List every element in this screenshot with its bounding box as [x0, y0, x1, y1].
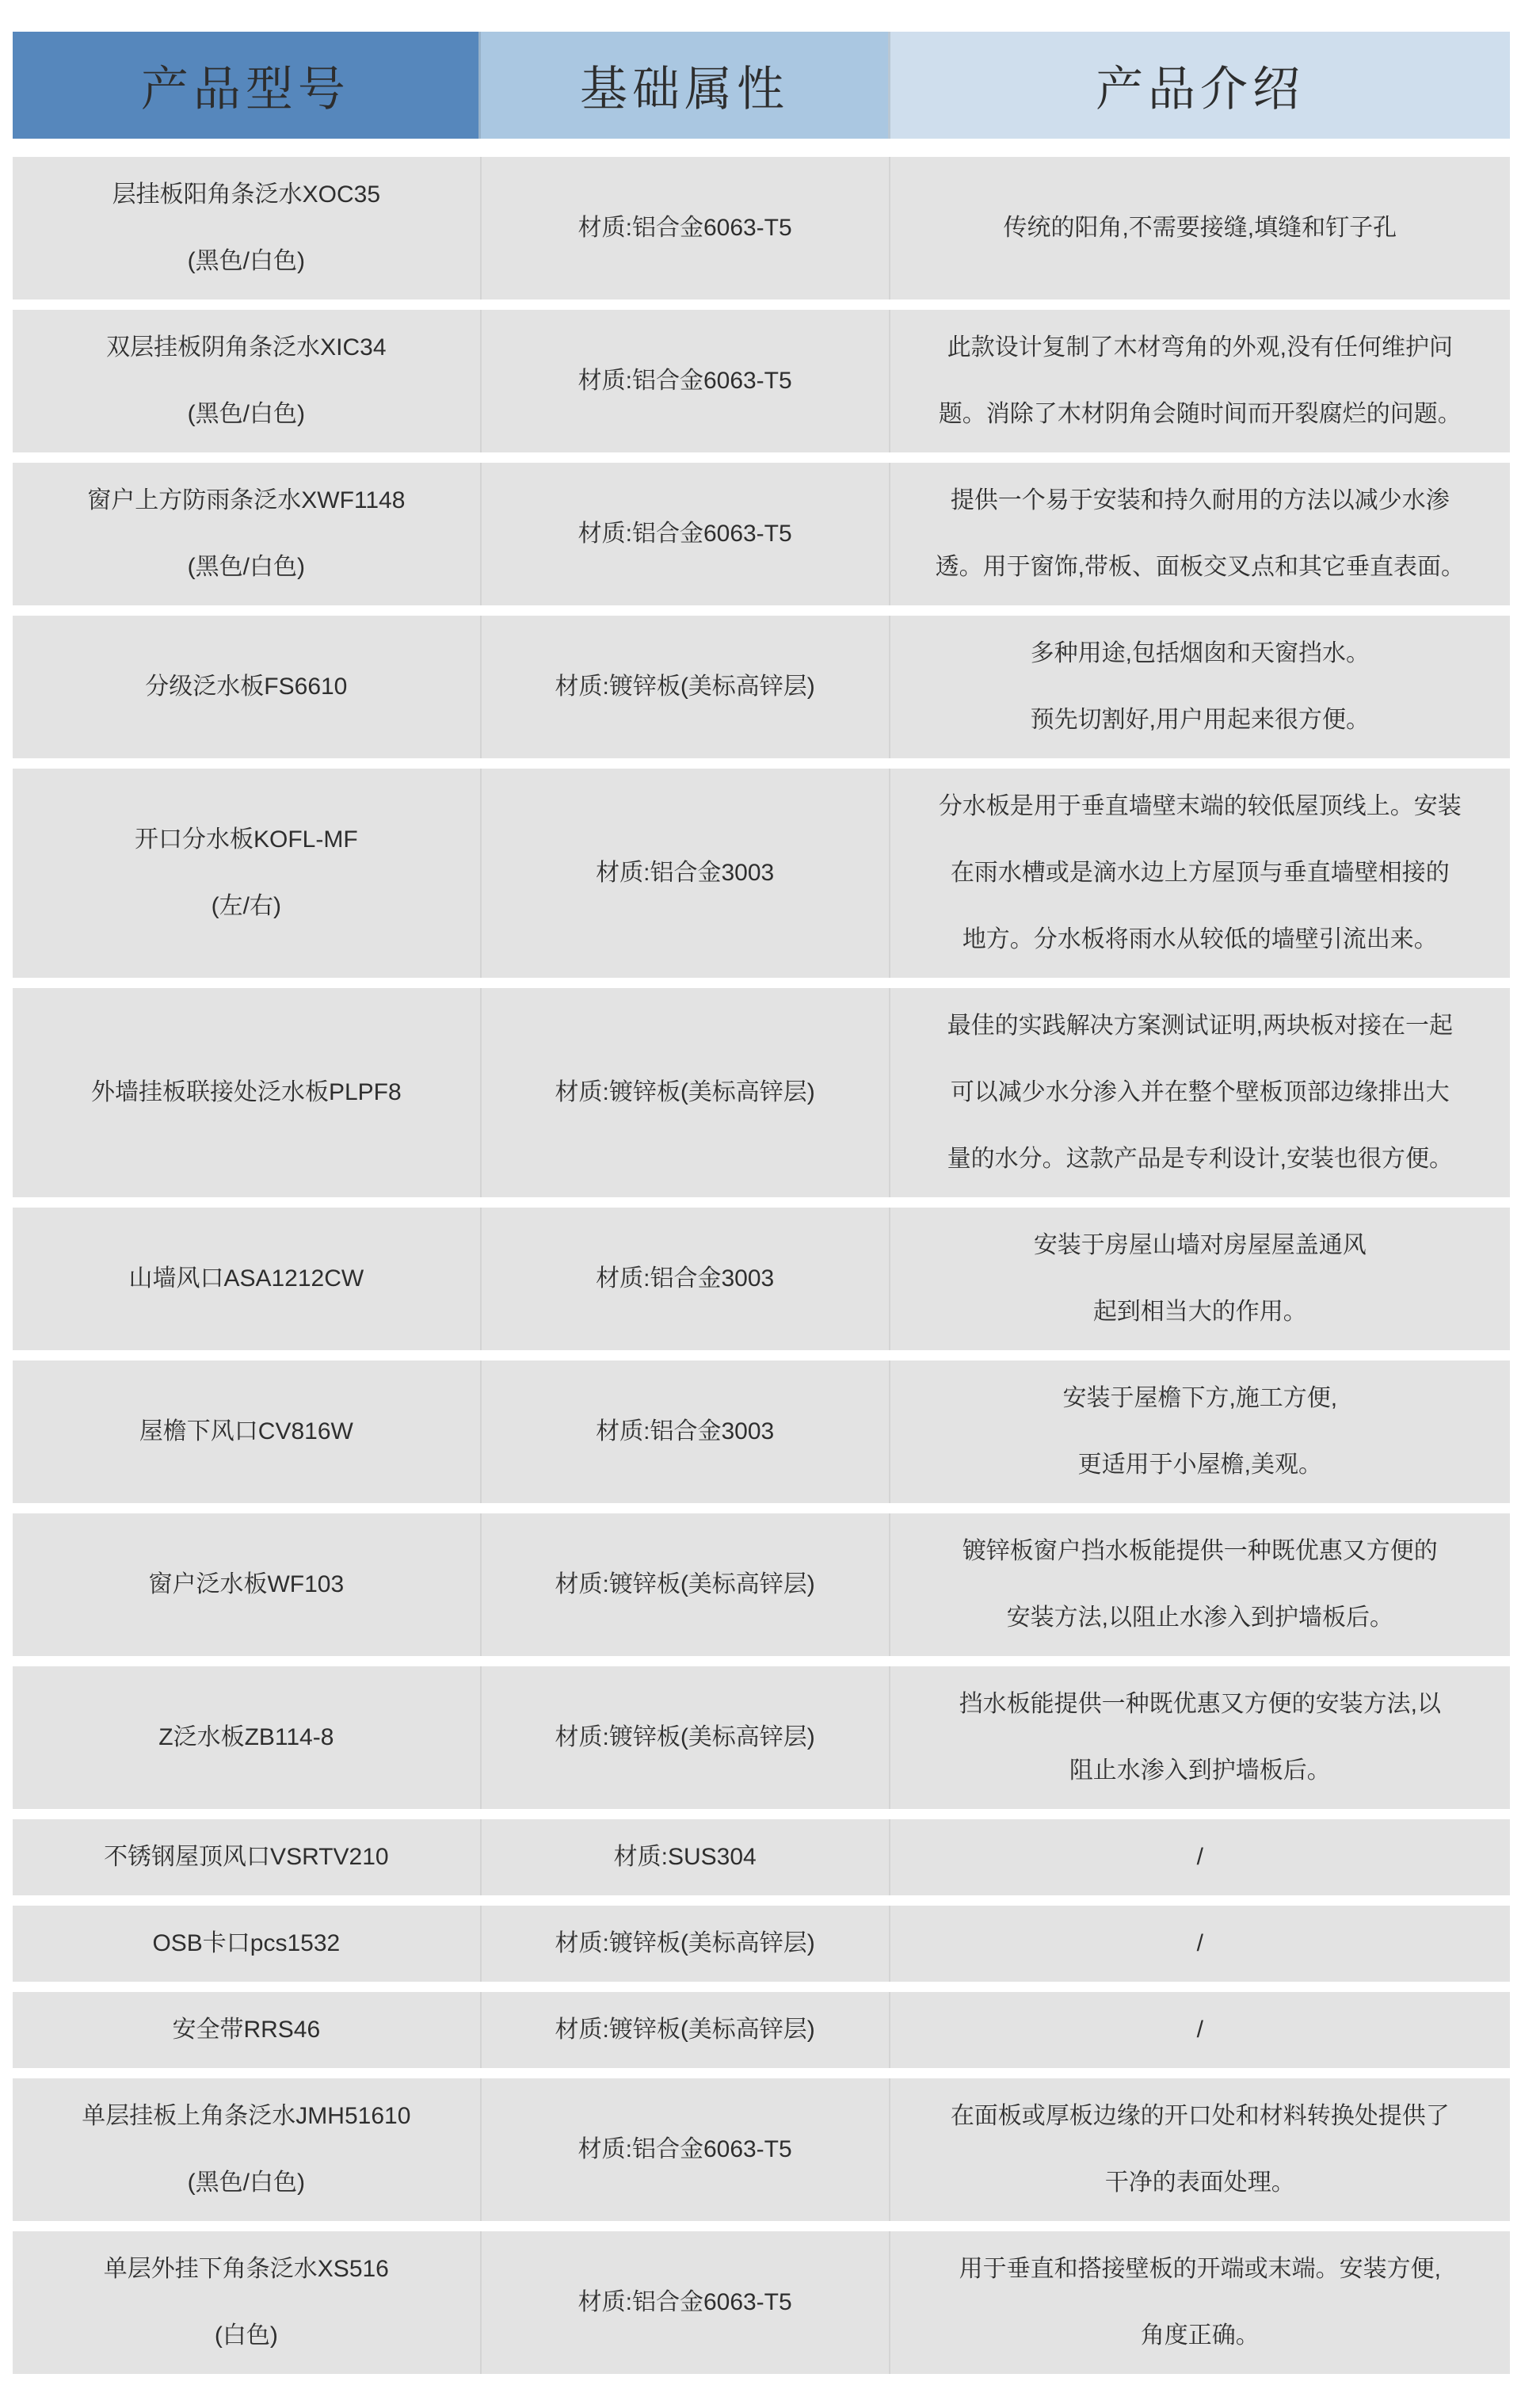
desc-cell: 安装于房屋山墙对房屋屋盖通风 起到相当大的作用。: [889, 1208, 1510, 1350]
material-cell: 材质:镀锌板(美标高锌层): [480, 988, 889, 1197]
table-row: 分级泛水板FS6610 材质:镀锌板(美标高锌层) 多种用途,包括烟囱和天窗挡水…: [13, 616, 1510, 758]
model-cell: 不锈钢屋顶风口VSRTV210: [13, 1819, 480, 1895]
model-text: 层挂板阳角条泛水XOC35: [112, 162, 380, 228]
desc-cell: 安装于屋檐下方,施工方便, 更适用于小屋檐,美观。: [889, 1360, 1510, 1503]
variant-text: (黑色/白色): [188, 228, 305, 295]
table-row: 开口分水板KOFL-MF (左/右) 材质:铝合金3003 分水板是用于垂直墙壁…: [13, 769, 1510, 978]
model-text: Z泛水板ZB114-8: [158, 1704, 334, 1771]
desc-cell: 挡水板能提供一种既优惠又方便的安装方法,以 阻止水渗入到护墙板后。: [889, 1666, 1510, 1809]
model-text: 窗户上方防雨条泛水XWF1148: [87, 467, 405, 534]
variant-text: (黑色/白色): [188, 381, 305, 448]
model-text: 外墙挂板联接处泛水板PLPF8: [91, 1059, 402, 1126]
desc-cell: /: [889, 1819, 1510, 1895]
header-product-model: 产品型号: [13, 32, 478, 139]
desc-cell: 提供一个易于安装和持久耐用的方法以减少水渗 透。用于窗饰,带板、面板交叉点和其它…: [889, 463, 1510, 605]
header-basic-properties: 基础属性: [478, 32, 888, 139]
model-cell: 窗户泛水板WF103: [13, 1513, 480, 1656]
product-spec-page: 产品型号 基础属性 产品介绍 层挂板阳角条泛水XOC35 (黑色/白色) 材质:…: [0, 0, 1521, 2408]
desc-cell: 多种用途,包括烟囱和天窗挡水。 预先切割好,用户用起来很方便。: [889, 616, 1510, 758]
model-text: OSB卡口pcs1532: [152, 1910, 340, 1977]
model-cell: Z泛水板ZB114-8: [13, 1666, 480, 1809]
model-text: 屋檐下风口CV816W: [139, 1399, 353, 1465]
table-row: 不锈钢屋顶风口VSRTV210 材质:SUS304 /: [13, 1819, 1510, 1895]
table-row: 外墙挂板联接处泛水板PLPF8 材质:镀锌板(美标高锌层) 最佳的实践解决方案测…: [13, 988, 1510, 1197]
table-row: OSB卡口pcs1532 材质:镀锌板(美标高锌层) /: [13, 1906, 1510, 1982]
header-product-intro: 产品介绍: [888, 32, 1510, 139]
variant-text: (黑色/白色): [188, 2150, 305, 2216]
material-cell: 材质:铝合金3003: [480, 1208, 889, 1350]
product-spec-table: 产品型号 基础属性 产品介绍 层挂板阳角条泛水XOC35 (黑色/白色) 材质:…: [13, 32, 1510, 2374]
desc-cell: 在面板或厚板边缘的开口处和材料转换处提供了 干净的表面处理。: [889, 2078, 1510, 2221]
model-cell: 开口分水板KOFL-MF (左/右): [13, 769, 480, 978]
desc-cell: 此款设计复制了木材弯角的外观,没有任何维护问 题。消除了木材阴角会随时间而开裂腐…: [889, 310, 1510, 452]
desc-cell: 分水板是用于垂直墙壁末端的较低屋顶线上。安装 在雨水槽或是滴水边上方屋顶与垂直墙…: [889, 769, 1510, 978]
model-text: 开口分水板KOFL-MF: [135, 807, 358, 873]
table-row: 层挂板阳角条泛水XOC35 (黑色/白色) 材质:铝合金6063-T5 传统的阳…: [13, 157, 1510, 300]
model-cell: 窗户上方防雨条泛水XWF1148 (黑色/白色): [13, 463, 480, 605]
variant-text: (白色): [215, 2303, 278, 2369]
model-cell: OSB卡口pcs1532: [13, 1906, 480, 1982]
table-row: 山墙风口ASA1212CW 材质:铝合金3003 安装于房屋山墙对房屋屋盖通风 …: [13, 1208, 1510, 1350]
model-text: 不锈钢屋顶风口VSRTV210: [104, 1824, 389, 1891]
table-row: 单层外挂下角条泛水XS516 (白色) 材质:铝合金6063-T5 用于垂直和搭…: [13, 2231, 1510, 2374]
table-header-row: 产品型号 基础属性 产品介绍: [13, 32, 1510, 139]
desc-cell: 传统的阳角,不需要接缝,填缝和钉子孔: [889, 157, 1510, 300]
model-text: 山墙风口ASA1212CW: [128, 1246, 364, 1312]
material-cell: 材质:铝合金6063-T5: [480, 463, 889, 605]
table-row: 屋檐下风口CV816W 材质:铝合金3003 安装于屋檐下方,施工方便, 更适用…: [13, 1360, 1510, 1503]
variant-text: (左/右): [212, 873, 281, 940]
model-cell: 层挂板阳角条泛水XOC35 (黑色/白色): [13, 157, 480, 300]
material-cell: 材质:铝合金3003: [480, 1360, 889, 1503]
model-cell: 屋檐下风口CV816W: [13, 1360, 480, 1503]
variant-text: (黑色/白色): [188, 534, 305, 601]
desc-cell: 用于垂直和搭接壁板的开端或末端。安装方便, 角度正确。: [889, 2231, 1510, 2374]
table-row: 双层挂板阴角条泛水XIC34 (黑色/白色) 材质:铝合金6063-T5 此款设…: [13, 310, 1510, 452]
model-text: 单层挂板上角条泛水JMH51610: [82, 2083, 410, 2150]
model-cell: 外墙挂板联接处泛水板PLPF8: [13, 988, 480, 1197]
model-text: 双层挂板阴角条泛水XIC34: [106, 315, 386, 381]
model-text: 分级泛水板FS6610: [145, 654, 347, 720]
model-text: 安全带RRS46: [172, 1997, 320, 2063]
material-cell: 材质:铝合金6063-T5: [480, 2078, 889, 2221]
table-row: Z泛水板ZB114-8 材质:镀锌板(美标高锌层) 挡水板能提供一种既优惠又方便…: [13, 1666, 1510, 1809]
model-cell: 安全带RRS46: [13, 1992, 480, 2068]
desc-cell: 镀锌板窗户挡水板能提供一种既优惠又方便的 安装方法,以阻止水渗入到护墙板后。: [889, 1513, 1510, 1656]
material-cell: 材质:铝合金6063-T5: [480, 157, 889, 300]
model-cell: 单层挂板上角条泛水JMH51610 (黑色/白色): [13, 2078, 480, 2221]
table-row: 窗户泛水板WF103 材质:镀锌板(美标高锌层) 镀锌板窗户挡水板能提供一种既优…: [13, 1513, 1510, 1656]
material-cell: 材质:铝合金3003: [480, 769, 889, 978]
model-text: 单层外挂下角条泛水XS516: [104, 2236, 389, 2303]
desc-cell: /: [889, 1992, 1510, 2068]
desc-cell: /: [889, 1906, 1510, 1982]
model-cell: 分级泛水板FS6610: [13, 616, 480, 758]
material-cell: 材质:镀锌板(美标高锌层): [480, 1513, 889, 1656]
material-cell: 材质:镀锌板(美标高锌层): [480, 1906, 889, 1982]
table-row: 单层挂板上角条泛水JMH51610 (黑色/白色) 材质:铝合金6063-T5 …: [13, 2078, 1510, 2221]
model-cell: 山墙风口ASA1212CW: [13, 1208, 480, 1350]
model-cell: 双层挂板阴角条泛水XIC34 (黑色/白色): [13, 310, 480, 452]
material-cell: 材质:铝合金6063-T5: [480, 2231, 889, 2374]
material-cell: 材质:镀锌板(美标高锌层): [480, 1666, 889, 1809]
table-row: 窗户上方防雨条泛水XWF1148 (黑色/白色) 材质:铝合金6063-T5 提…: [13, 463, 1510, 605]
desc-cell: 最佳的实践解决方案测试证明,两块板对接在一起 可以减少水分渗入并在整个壁板顶部边…: [889, 988, 1510, 1197]
model-text: 窗户泛水板WF103: [148, 1551, 344, 1618]
material-cell: 材质:铝合金6063-T5: [480, 310, 889, 452]
material-cell: 材质:镀锌板(美标高锌层): [480, 1992, 889, 2068]
material-cell: 材质:SUS304: [480, 1819, 889, 1895]
material-cell: 材质:镀锌板(美标高锌层): [480, 616, 889, 758]
model-cell: 单层外挂下角条泛水XS516 (白色): [13, 2231, 480, 2374]
table-row: 安全带RRS46 材质:镀锌板(美标高锌层) /: [13, 1992, 1510, 2068]
